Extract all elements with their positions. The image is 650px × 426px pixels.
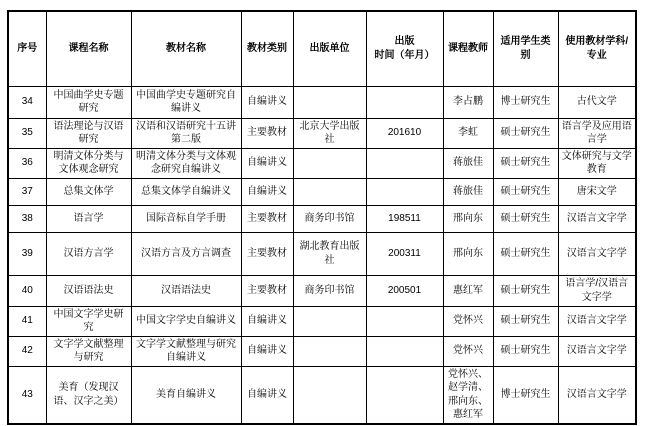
table-cell (366, 86, 443, 118)
table-cell: 硕士研究生 (493, 178, 558, 205)
table-cell: 自编讲义 (241, 178, 293, 205)
table-cell (366, 366, 443, 424)
table-cell: 36 (8, 148, 46, 178)
table-cell: 汉语语法史 (131, 275, 241, 306)
table-row: 37总集文体学总集文体学自编讲义自编讲义蒋旅佳硕士研究生唐宋文学 (8, 178, 636, 205)
table-cell: 汉语言文字学 (558, 205, 636, 232)
table-cell: 硕士研究生 (493, 336, 558, 366)
table-cell: 美育（发现汉语、汉字之美） (46, 366, 131, 424)
table-cell: 中国文字学史研究 (46, 306, 131, 336)
table-cell: 38 (8, 205, 46, 232)
table-cell: 硕士研究生 (493, 232, 558, 275)
table-row: 40汉语语法史汉语语法史主要教材商务印书馆200501惠红军硕士研究生语言学/汉… (8, 275, 636, 306)
table-cell (293, 336, 366, 366)
table-cell: 博士研究生 (493, 366, 558, 424)
col-header-publisher: 出版单位 (293, 11, 366, 86)
col-header-course-name: 课程名称 (46, 11, 131, 86)
col-header-textbook-name: 教材名称 (131, 11, 241, 86)
table-cell: 汉语言文字学 (558, 306, 636, 336)
table-cell: 主要教材 (241, 232, 293, 275)
table-cell: 博士研究生 (493, 86, 558, 118)
table-row: 34中国曲学史专题研究中国曲学史专题研究自编讲义自编讲义李占鹏博士研究生古代文学 (8, 86, 636, 118)
table-cell (366, 178, 443, 205)
table-cell: 惠红军 (443, 275, 493, 306)
table-cell: 党怀兴、赵学清、邢向东、惠红军 (443, 366, 493, 424)
table-cell: 党怀兴 (443, 306, 493, 336)
table-cell: 主要教材 (241, 275, 293, 306)
table-cell (293, 366, 366, 424)
table-cell: 汉语方言学 (46, 232, 131, 275)
table-cell (293, 178, 366, 205)
table-cell: 200311 (366, 232, 443, 275)
table-cell: 语言学及应用语言学 (558, 118, 636, 148)
course-textbook-table: 序号 课程名称 教材名称 教材类别 出版单位 出版 时间（年月） 课程教师 适用… (7, 10, 637, 425)
table-row: 36明清文体分类与文体观念研究明清文体分类与文体观念研究自编讲义自编讲义蒋旅佳硕… (8, 148, 636, 178)
table-cell: 自编讲义 (241, 306, 293, 336)
table-cell: 北京大学出版社 (293, 118, 366, 148)
table-cell (366, 336, 443, 366)
table-cell: 中国曲学史专题研究 (46, 86, 131, 118)
table-cell: 李虹 (443, 118, 493, 148)
table-cell: 明清文体分类与文体观念研究 (46, 148, 131, 178)
table-cell: 自编讲义 (241, 148, 293, 178)
table-cell: 蒋旅佳 (443, 148, 493, 178)
table-cell (366, 306, 443, 336)
table-cell: 中国文字学史自编讲义 (131, 306, 241, 336)
table-cell: 200501 (366, 275, 443, 306)
table-cell: 汉语言文字学 (558, 232, 636, 275)
table-cell (366, 148, 443, 178)
table-cell: 硕士研究生 (493, 205, 558, 232)
table-cell: 商务印书馆 (293, 205, 366, 232)
col-header-subject-major: 使用教材学科/专业 (558, 11, 636, 86)
table-cell: 湖北教育出版社 (293, 232, 366, 275)
table-cell: 201610 (366, 118, 443, 148)
table-cell: 邢向东 (443, 232, 493, 275)
table-cell: 35 (8, 118, 46, 148)
table-cell: 中国曲学史专题研究自编讲义 (131, 86, 241, 118)
table-row: 35语法理论与汉语研究汉语和汉语研究十五讲第二版主要教材北京大学出版社20161… (8, 118, 636, 148)
table-cell: 41 (8, 306, 46, 336)
col-header-textbook-category: 教材类别 (241, 11, 293, 86)
col-header-serial-number: 序号 (8, 11, 46, 86)
col-header-course-teacher: 课程教师 (443, 11, 493, 86)
table-cell: 34 (8, 86, 46, 118)
table-cell: 文字学文献整理与研究 (46, 336, 131, 366)
table-cell: 邢向东 (443, 205, 493, 232)
table-cell: 汉语言文字学 (558, 336, 636, 366)
table-cell: 文字学文献整理与研究自编讲义 (131, 336, 241, 366)
table-row: 39汉语方言学汉语方言及方言调查主要教材湖北教育出版社200311邢向东硕士研究… (8, 232, 636, 275)
table-header-row: 序号 课程名称 教材名称 教材类别 出版单位 出版 时间（年月） 课程教师 适用… (8, 11, 636, 86)
table-cell (293, 86, 366, 118)
table-body: 34中国曲学史专题研究中国曲学史专题研究自编讲义自编讲义李占鹏博士研究生古代文学… (8, 86, 636, 424)
table-cell: 42 (8, 336, 46, 366)
table-cell: 国际音标自学手册 (131, 205, 241, 232)
table-cell: 语言学/汉语言文字学 (558, 275, 636, 306)
table-cell (293, 148, 366, 178)
table-cell: 汉语言文字学 (558, 366, 636, 424)
col-header-student-category: 适用学生类别 (493, 11, 558, 86)
table-cell: 39 (8, 232, 46, 275)
table-cell: 自编讲义 (241, 86, 293, 118)
table-cell (293, 306, 366, 336)
table-cell: 硕士研究生 (493, 306, 558, 336)
table-cell: 汉语语法史 (46, 275, 131, 306)
table-cell: 明清文体分类与文体观念研究自编讲义 (131, 148, 241, 178)
table-cell: 硕士研究生 (493, 275, 558, 306)
table-cell: 43 (8, 366, 46, 424)
table-cell: 汉语和汉语研究十五讲第二版 (131, 118, 241, 148)
table-cell: 40 (8, 275, 46, 306)
table-cell: 37 (8, 178, 46, 205)
table-cell: 古代文学 (558, 86, 636, 118)
table-row: 42文字学文献整理与研究文字学文献整理与研究自编讲义自编讲义党怀兴硕士研究生汉语… (8, 336, 636, 366)
table-cell: 汉语方言及方言调查 (131, 232, 241, 275)
table-cell: 198511 (366, 205, 443, 232)
table-cell: 李占鹏 (443, 86, 493, 118)
table-cell: 文体研究与文学教育 (558, 148, 636, 178)
table-row: 43美育（发现汉语、汉字之美）美育自编讲义自编讲义党怀兴、赵学清、邢向东、惠红军… (8, 366, 636, 424)
table-row: 41中国文字学史研究中国文字学史自编讲义自编讲义党怀兴硕士研究生汉语言文字学 (8, 306, 636, 336)
page: 序号 课程名称 教材名称 教材类别 出版单位 出版 时间（年月） 课程教师 适用… (0, 0, 650, 426)
table-cell: 硕士研究生 (493, 148, 558, 178)
table-cell: 硕士研究生 (493, 118, 558, 148)
table-cell: 唐宋文学 (558, 178, 636, 205)
table-cell: 自编讲义 (241, 366, 293, 424)
table-cell: 总集文体学自编讲义 (131, 178, 241, 205)
table-row: 38语言学国际音标自学手册主要教材商务印书馆198511邢向东硕士研究生汉语言文… (8, 205, 636, 232)
table-cell: 自编讲义 (241, 336, 293, 366)
table-cell: 总集文体学 (46, 178, 131, 205)
table-cell: 商务印书馆 (293, 275, 366, 306)
table-cell: 主要教材 (241, 118, 293, 148)
table-cell: 语言学 (46, 205, 131, 232)
table-cell: 语法理论与汉语研究 (46, 118, 131, 148)
col-header-publish-date: 出版 时间（年月） (366, 11, 443, 86)
table-cell: 党怀兴 (443, 336, 493, 366)
table-cell: 美育自编讲义 (131, 366, 241, 424)
table-cell: 主要教材 (241, 205, 293, 232)
table-cell: 蒋旅佳 (443, 178, 493, 205)
